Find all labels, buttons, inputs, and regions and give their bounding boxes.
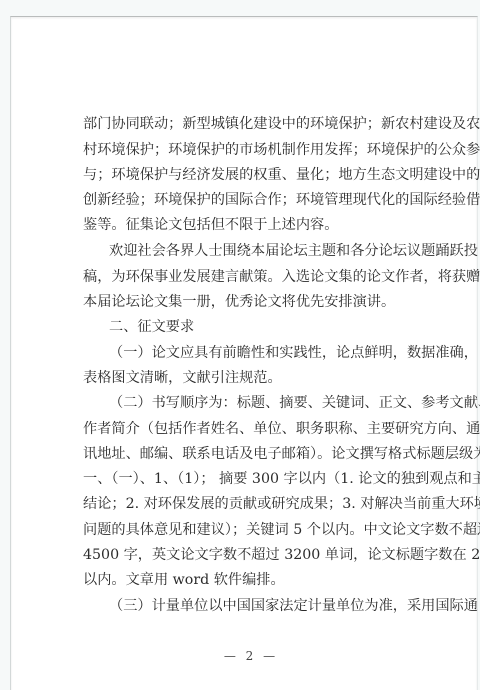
section-heading: 二、征文要求 bbox=[109, 317, 435, 337]
text-line: 村环境保护；环境保护的市场机制作用发挥；环境保护的公众参 bbox=[83, 140, 435, 160]
text-line: 作者简介（包括作者姓名、单位、职务职称、主要研究方向、通 bbox=[83, 419, 435, 439]
page-number: — 2 — bbox=[211, 649, 291, 663]
text-line: 部门协同联动；新型城镇化建设中的环境保护；新农村建设及农 bbox=[83, 114, 435, 134]
document-sheet: 部门协同联动；新型城镇化建设中的环境保护；新农村建设及农 村环境保护；环境保护的… bbox=[10, 16, 478, 690]
text-line: 与；环境保护与经济发展的权重、量化；地方生态文明建设中的 bbox=[83, 165, 435, 185]
text-line: 本届论坛论文集一册，优秀论文将优先安排演讲。 bbox=[83, 292, 435, 312]
list-item-2-line: （二）书写顺序为：标题、摘要、关键词、正文、参考文献、 bbox=[109, 393, 435, 413]
list-item-3-line: （三）计量单位以中国国家法定计量单位为准，采用国际通 bbox=[109, 596, 435, 616]
text-line: 创新经验；环境保护的国际合作；环境管理现代化的国际经验借 bbox=[83, 190, 435, 210]
list-item-1-line: （一）论文应具有前瞻性和实践性，论点鲜明，数据准确， bbox=[109, 343, 435, 363]
text-line: 问题的具体意见和建议）；关键词 5 个以内。中文论文字数不超过 bbox=[83, 520, 435, 540]
scanned-page: 部门协同联动；新型城镇化建设中的环境保护；新农村建设及农 村环境保护；环境保护的… bbox=[0, 0, 480, 690]
text-line: 4500 字，英文论文字数不超过 3200 单词，论文标题字数在 20 字 bbox=[83, 545, 435, 565]
text-line: 结论；2. 对环保发展的贡献或研究成果；3. 对解决当前重大环境 bbox=[83, 494, 435, 514]
paragraph-start-line: 欢迎社会各界人士围绕本届论坛主题和各分论坛议题踊跃投 bbox=[109, 241, 435, 261]
text-line: 讯地址、邮编、联系电话及电子邮箱）。论文撰写格式标题层级为： bbox=[83, 444, 435, 464]
text-line: 表格图文清晰，文献引注规范。 bbox=[83, 368, 435, 388]
text-line: 稿，为环保事业发展建言献策。入选论文集的论文作者，将获赠 bbox=[83, 267, 435, 287]
text-line: 以内。文章用 word 软件编排。 bbox=[83, 570, 435, 590]
text-line: 一、（一）、1、（1）； 摘要 300 字以内（1. 论文的独到观点和主要 bbox=[83, 469, 435, 489]
text-line: 鉴等。征集论文包括但不限于上述内容。 bbox=[83, 215, 435, 235]
